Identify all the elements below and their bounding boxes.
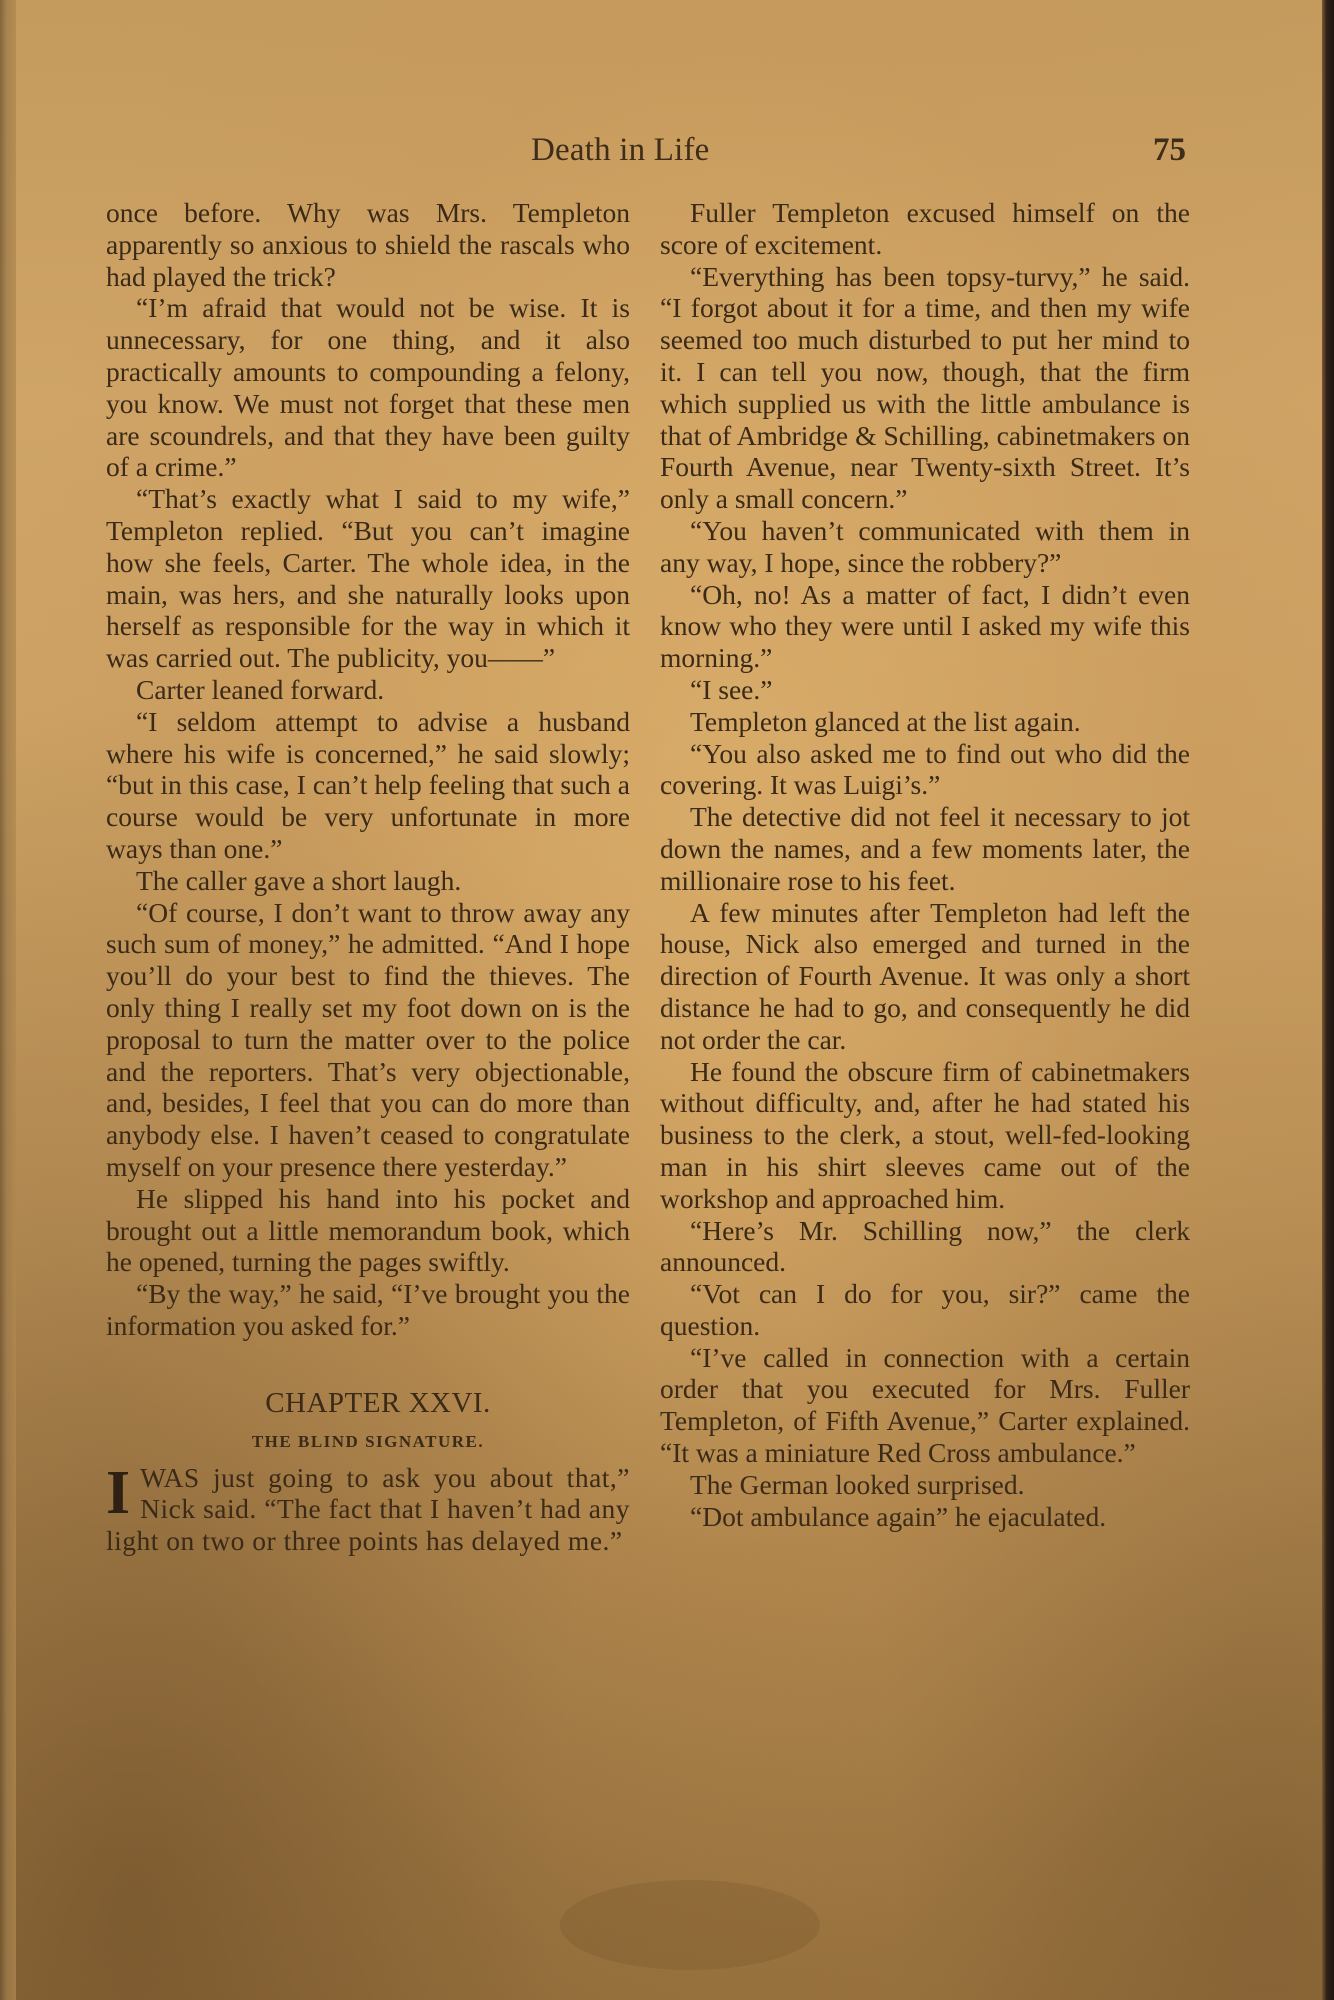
book-page: Death in Life 75 once before. Why was Mr… [0,0,1334,2000]
paragraph: “Here’s Mr. Schilling now,” the clerk an… [660,1215,1190,1279]
paragraph: “Everything has been topsy-turvy,” he sa… [660,261,1190,515]
paragraph: “Vot can I do for you, sir?” came the qu… [660,1278,1190,1342]
paragraph: “By the way,” he said, “I’ve brought you… [106,1278,630,1342]
paragraph: “Of course, I don’t want to throw away a… [106,897,630,1183]
paragraph: “Oh, no! As a matter of fact, I didn’t e… [660,579,1190,674]
paragraph: “I’m afraid that would not be wise. It i… [106,292,630,483]
paragraph: He found the obscure firm of cabinetmake… [660,1056,1190,1215]
chapter-opening-paragraph: I WAS just going to ask you about that,”… [106,1462,630,1557]
paragraph: The detective did not feel it necessary … [660,801,1190,896]
paragraph: “Dot ambulance again” he ejaculated. [660,1501,1190,1533]
chapter-title: CHAPTER XXVI. [106,1386,630,1420]
paragraph: “I see.” [660,674,1190,706]
paragraph: The German looked surprised. [660,1469,1190,1501]
chapter-subtitle: THE BLIND SIGNATURE. [106,1430,630,1454]
paragraph: A few minutes after Templeton had left t… [660,897,1190,1056]
paragraph: He slipped his hand into his pocket and … [106,1183,630,1278]
page-number: 75 [1153,132,1186,169]
paragraph: Fuller Templeton excused himself on the … [660,197,1190,261]
paragraph: “You also asked me to find out who did t… [660,738,1190,802]
page-edge-shadow [1322,0,1334,2000]
left-column: once before. Why was Mrs. Templeton appa… [106,197,630,1557]
paragraph: “I seldom attempt to advise a husband wh… [106,706,630,865]
chapter-heading: CHAPTER XXVI. THE BLIND SIGNATURE. [106,1386,630,1454]
page-gutter [0,0,16,2000]
paragraph: The caller gave a short laugh. [106,865,630,897]
paper-stain [560,1880,820,1970]
running-title: Death in Life [531,132,710,169]
paragraph: Carter leaned forward. [106,674,630,706]
paragraph: “I’ve called in connection with a certai… [660,1342,1190,1469]
right-column: Fuller Templeton excused himself on the … [660,197,1190,1532]
running-head: Death in Life 75 [106,132,1186,172]
paragraph: “That’s exactly what I said to my wife,”… [106,483,630,674]
opening-text: WAS just going to ask you about that,” N… [106,1462,630,1557]
paragraph: Templeton glanced at the list again. [660,706,1190,738]
paragraph: “You haven’t communicated with them in a… [660,515,1190,579]
paragraph: once before. Why was Mrs. Templeton appa… [106,197,630,292]
drop-cap: I [106,1466,130,1520]
